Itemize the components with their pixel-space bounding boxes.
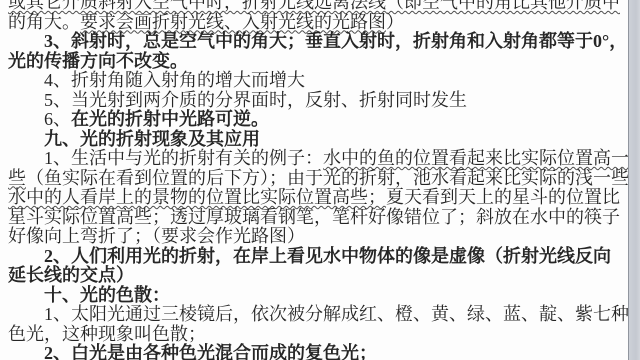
text-line: 些（鱼实际在看到位置的后下方）；由于光的折射，池水看起来比实际的浅一些； bbox=[8, 169, 626, 189]
text-segment: 夏天看到天上的星斗的位置比 bbox=[386, 187, 620, 207]
scan-edge-shadow bbox=[628, 0, 640, 360]
text-segment: 好像向上弯折了；（要求会作光路图） bbox=[8, 226, 305, 246]
text-segment: 2、人们利用光的折射，在岸上看见水中物体的像是虚像（折射光线反向 bbox=[44, 246, 611, 266]
text-line: 6、在光的折射中光路可逆。 bbox=[8, 110, 626, 130]
document-text: 或其它介质斜射入空气中时，折射光线远离法线（即空气中的角比其他介质中 的角大。要… bbox=[8, 0, 626, 360]
text-line: 光的传播方向不改变。 bbox=[8, 52, 626, 72]
text-segment: 3、斜射时，总是空气中的角大；垂直入射时，折射角和入射角都等于0°， bbox=[44, 31, 627, 51]
text-segment: 或其它介质斜射入空气中时，折射光线远离法线（即空气中的角比其他介质中 bbox=[8, 0, 620, 12]
text-segment: 光的传播方向不改变。 bbox=[8, 51, 188, 71]
text-segment: 的角大。 bbox=[8, 12, 80, 32]
text-segment: 些 bbox=[8, 168, 26, 188]
text-segment: 5、当光射到两介质的分界面时，反射、折射同时发生 bbox=[44, 90, 467, 110]
text-line: 延长线的交点） bbox=[8, 266, 626, 286]
text-line: 2、人们利用光的折射，在岸上看见水中物体的像是虚像（折射光线反向 bbox=[8, 247, 626, 267]
text-line: 5、当光射到两介质的分界面时，反射、折射同时发生 bbox=[8, 91, 626, 111]
document-page: 或其它介质斜射入空气中时，折射光线远离法线（即空气中的角比其他介质中 的角大。要… bbox=[0, 0, 640, 360]
text-segment: （鱼实际在看到位置的后下方）；由于光的折射，池水看起来比实际的浅一些； bbox=[26, 168, 640, 188]
text-segment: 白光是由各种色光混合而成的复色光； bbox=[71, 343, 377, 360]
text-line: 的角大。要求会画折射光线、入射光线的光路图） bbox=[8, 13, 626, 33]
text-segment: 星斗实际位置高些；透过厚玻璃看钢笔，笔杆好像错位了；斜放在水中的筷子 bbox=[8, 207, 620, 227]
text-segment: 1、太阳光通过三棱镜后，依次被分解成红、橙、黄、绿、蓝、靛、紫七种 bbox=[44, 304, 629, 324]
section-heading-nine: 九、光的折射现象及其应用 bbox=[8, 130, 626, 150]
text-segment: 2、 bbox=[44, 343, 71, 360]
text-segment: 色光，这种现象叫色散； bbox=[8, 324, 206, 344]
text-line: 1、生活中与光的折射有关的例子：水中的鱼的位置看起来比实际位置高一 bbox=[8, 149, 626, 169]
text-segment: 6、 bbox=[44, 109, 71, 129]
text-line: 4、折射角随入射角的增大而增大 bbox=[8, 71, 626, 91]
text-line: 1、太阳光通过三棱镜后，依次被分解成红、橙、黄、绿、蓝、靛、紫七种 bbox=[8, 305, 626, 325]
text-line: 水中的人看岸上的景物的位置比实际位置高些；夏天看到天上的星斗的位置比 bbox=[8, 188, 626, 208]
text-segment: 水中的人看岸上的景物的位置比实际位置高些； bbox=[8, 187, 386, 207]
text-segment: 要求会画折射光线、入射光线的光路图 bbox=[80, 12, 386, 32]
text-segment: 十、光的色散： bbox=[44, 285, 170, 305]
text-line: 星斗实际位置高些；透过厚玻璃看钢笔，笔杆好像错位了；斜放在水中的筷子 bbox=[8, 208, 626, 228]
text-segment: 九、光的折射现象及其应用 bbox=[44, 129, 260, 149]
text-segment: 在光的折射中光路可逆。 bbox=[71, 109, 269, 129]
text-segment: 1、生活中与光的折射有关的例子： bbox=[44, 148, 323, 168]
text-line: 好像向上弯折了；（要求会作光路图） bbox=[8, 227, 626, 247]
text-segment: 4、折射角随入射角的增大而增大 bbox=[44, 70, 305, 90]
text-segment: 延长线的交点） bbox=[8, 265, 134, 285]
text-segment: 水中的鱼的位置看起来比实际位置高一 bbox=[323, 148, 629, 168]
text-line: 色光，这种现象叫色散； bbox=[8, 325, 626, 345]
text-line: 2、白光是由各种色光混合而成的复色光； bbox=[8, 344, 626, 360]
text-line: 3、斜射时，总是空气中的角大；垂直入射时，折射角和入射角都等于0°， bbox=[8, 32, 626, 52]
text-segment: ） bbox=[386, 12, 404, 32]
section-heading-ten: 十、光的色散： bbox=[8, 286, 626, 306]
